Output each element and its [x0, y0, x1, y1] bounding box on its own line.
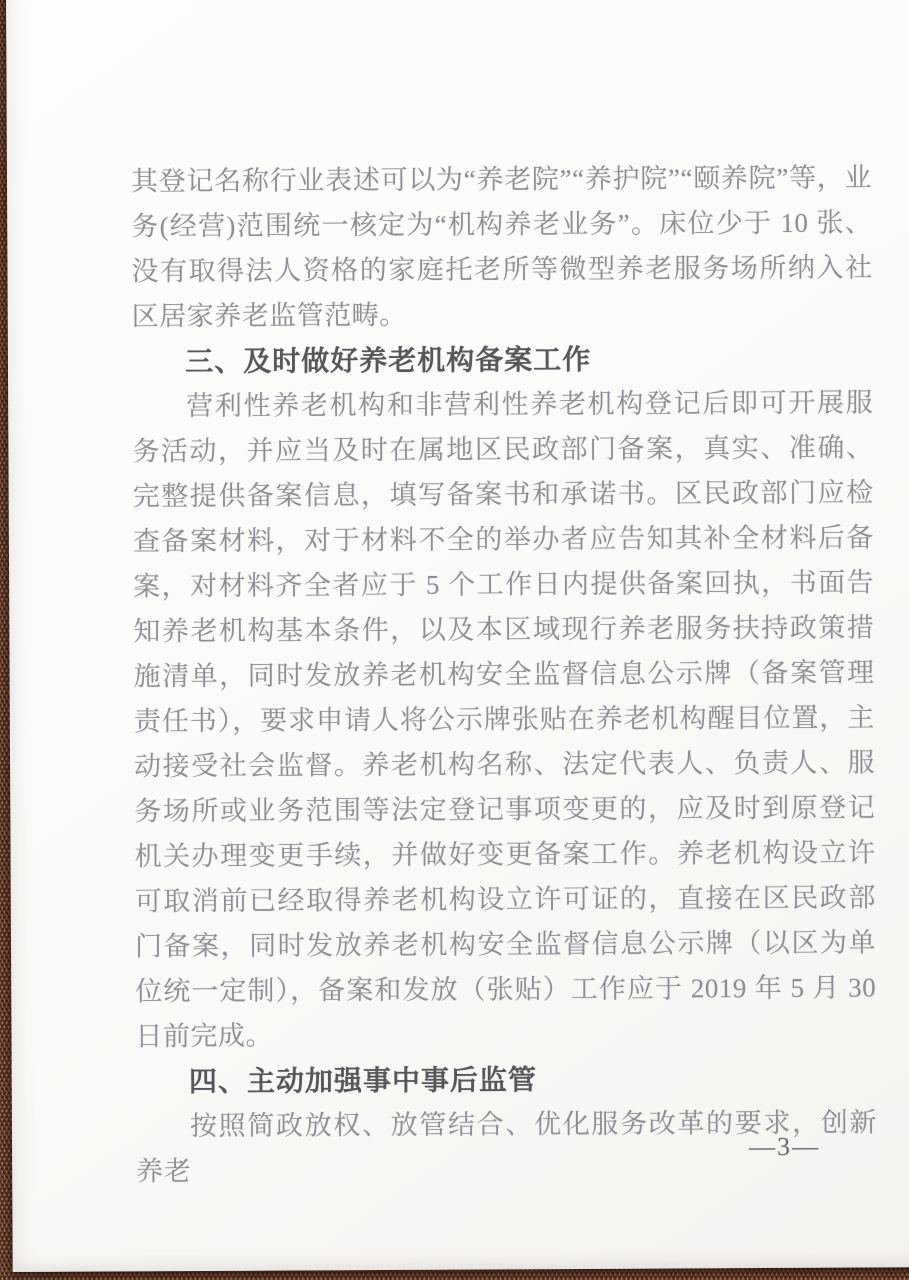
document-text-column: 其登记名称行业表述可以为“养老院”“养护院”“颐养院”等，业务(经营)范围统一核…: [131, 155, 877, 1194]
document-page: 其登记名称行业表述可以为“养老院”“养护院”“颐养院”等，业务(经营)范围统一核…: [6, 0, 909, 1272]
paragraph-section3: 营利性养老机构和非营利性养老机构登记后即可开展服务活动，并应当及时在属地区民政部…: [132, 380, 877, 1059]
page-number: —3—: [749, 1132, 820, 1162]
section-heading-3: 三、及时做好养老机构备案工作: [132, 335, 873, 384]
fabric-background: 其登记名称行业表述可以为“养老院”“养护院”“颐养院”等，业务(经营)范围统一核…: [0, 0, 909, 1280]
paragraph-intro: 其登记名称行业表述可以为“养老院”“养护院”“颐养院”等，业务(经营)范围统一核…: [131, 155, 873, 339]
section-heading-4: 四、主动加强事中事后监管: [136, 1055, 877, 1104]
